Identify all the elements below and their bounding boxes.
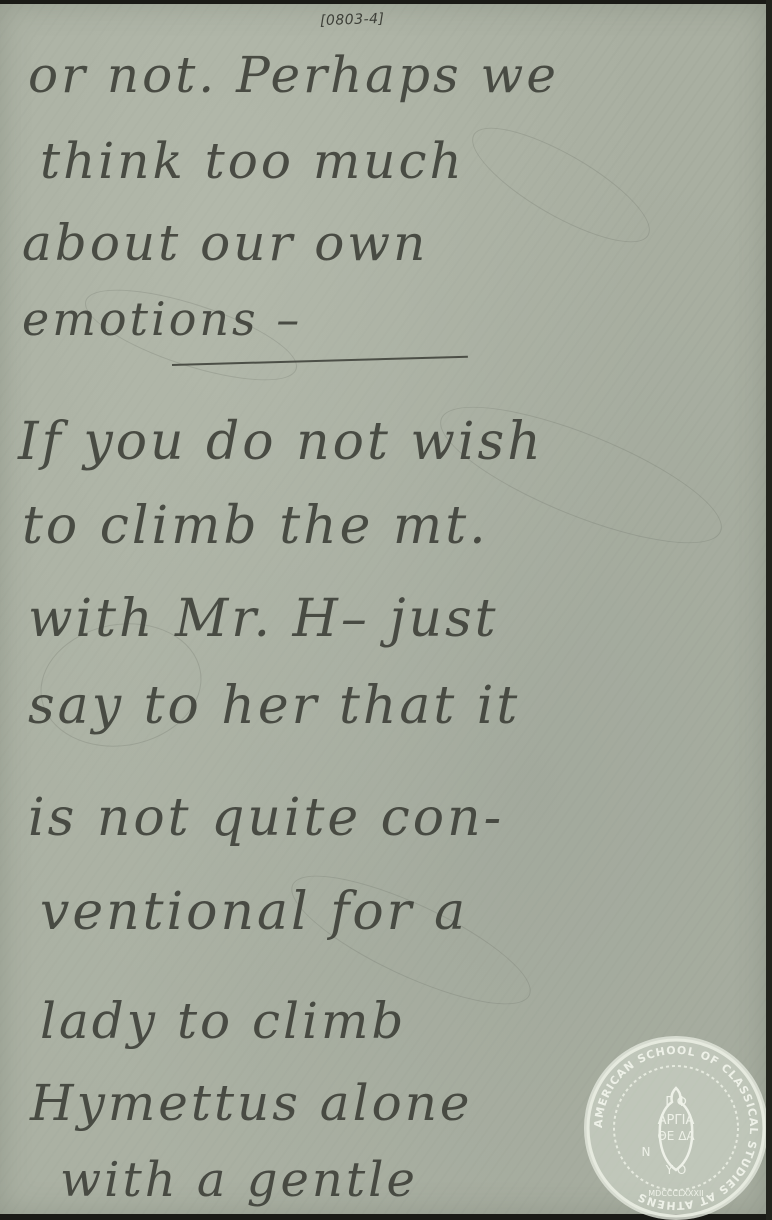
handwritten-line: to climb the mt. bbox=[22, 496, 772, 556]
scan-border bbox=[766, 0, 772, 1220]
seal-inner-line: ΘΕ ΔΑ bbox=[657, 1129, 695, 1143]
archive-reference: [0803-4] bbox=[320, 11, 385, 29]
handwritten-line: say to her that it bbox=[28, 676, 772, 736]
handwritten-line: about our own bbox=[22, 214, 772, 272]
seal-bottom-text: MDCCCLXXXII bbox=[648, 1189, 703, 1198]
handwritten-line: is not quite con- bbox=[28, 788, 772, 848]
handwritten-line: with Mr. H– just bbox=[28, 589, 772, 649]
seal-inner-line: Γ Φ bbox=[665, 1095, 687, 1110]
seal-inner-line: Ν bbox=[642, 1145, 651, 1159]
handwritten-line: or not. Perhaps we bbox=[28, 46, 772, 104]
seal-inner-line: Υ Ο bbox=[665, 1163, 687, 1177]
handwritten-line: emotions – bbox=[22, 292, 772, 346]
handwritten-line: think too much bbox=[40, 132, 772, 190]
handwritten-line: ventional for a bbox=[40, 882, 772, 942]
letter-page: [0803-4] or not. Perhaps we think too mu… bbox=[0, 4, 766, 1214]
handwritten-line: If you do not wish bbox=[18, 412, 772, 472]
seal-emblem-icon: AMERICAN SCHOOL OF CLASSICAL STUDIES AT … bbox=[584, 1036, 768, 1220]
institution-seal-stamp: AMERICAN SCHOOL OF CLASSICAL STUDIES AT … bbox=[584, 1036, 768, 1220]
seal-inner-line: ΑΡΓΙΑ bbox=[658, 1113, 695, 1128]
